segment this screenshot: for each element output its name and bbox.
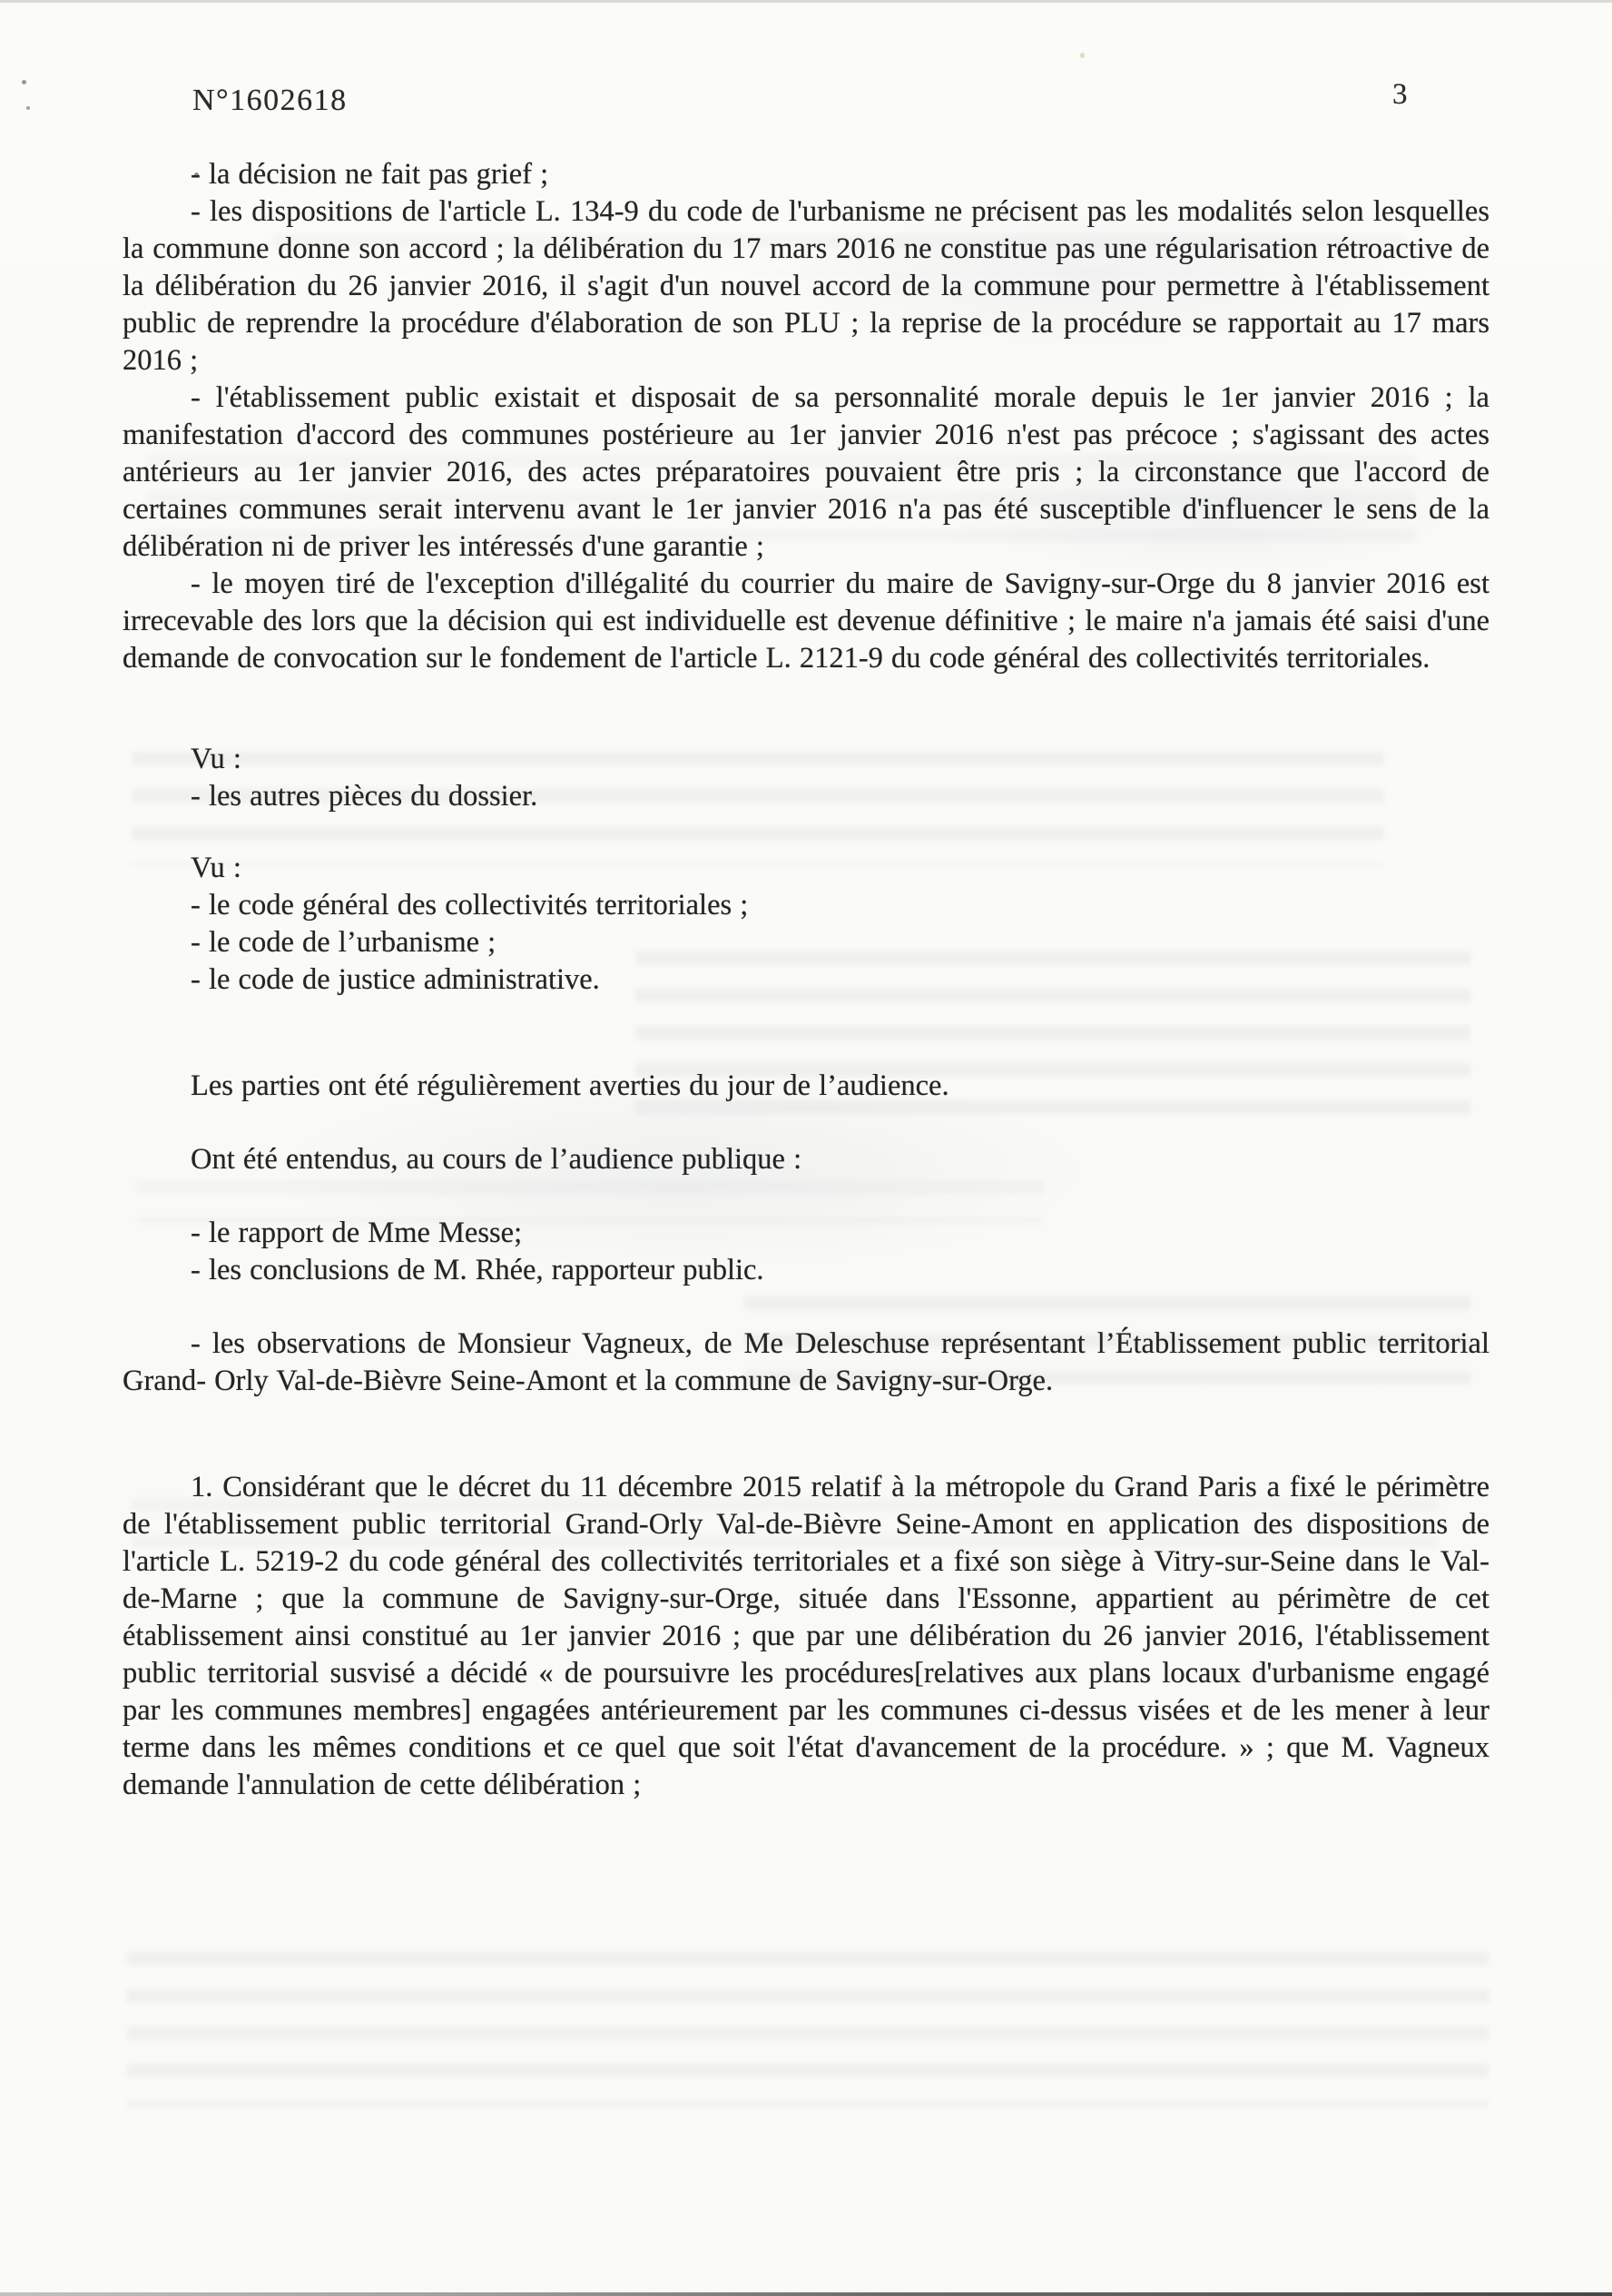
observations-paragraph: - les observations de Monsieur Vagneux, … [123,1325,1489,1400]
vu-code-collectivites: - le code général des collectivités terr… [123,887,1489,924]
scanned-document-page: N°1602618 3 - la décision ne fait pas gr… [0,0,1612,2296]
paper-speck [1080,53,1085,58]
vu-heading-1: Vu : [123,741,1489,778]
vu-pieces-dossier: - les autres pièces du dossier. [123,778,1489,815]
page-number: 3 [1392,78,1408,112]
document-body: - la décision ne fait pas grief ; - les … [123,156,1489,1804]
visa-argument-exception-illegalite: - le moyen tiré de l'exception d'illégal… [123,566,1489,677]
visa-argument-article-l134-9: - les dispositions de l'article L. 134-9… [123,193,1489,379]
rapport-line: - le rapport de Mme Messe; [123,1215,1489,1252]
vu-code-justice: - le code de justice administrative. [123,961,1489,999]
visa-argument-grief: - la décision ne fait pas grief ; [123,156,1489,193]
scan-top-edge-artifact [0,0,1612,3]
considerant-paragraph-1: 1. Considérant que le décret du 11 décem… [123,1469,1489,1804]
vu-code-urbanisme: - le code de l’urbanisme ; [123,924,1489,961]
ink-speck [22,80,26,84]
visa-argument-etablissement-public: - l'établissement public existait et dis… [123,379,1489,566]
parties-averties-line: Les parties ont été régulièrement averti… [123,1068,1489,1105]
audience-heading: Ont été entendus, au cours de l’audience… [123,1141,1489,1178]
scan-bottom-edge-artifact [0,2292,1612,2296]
vu-heading-2: Vu : [123,850,1489,887]
ink-speck [26,106,30,110]
case-number: N°1602618 [192,84,348,118]
bleed-through-artifact [127,1952,1489,2106]
conclusions-line: - les conclusions de M. Rhée, rapporteur… [123,1252,1489,1289]
